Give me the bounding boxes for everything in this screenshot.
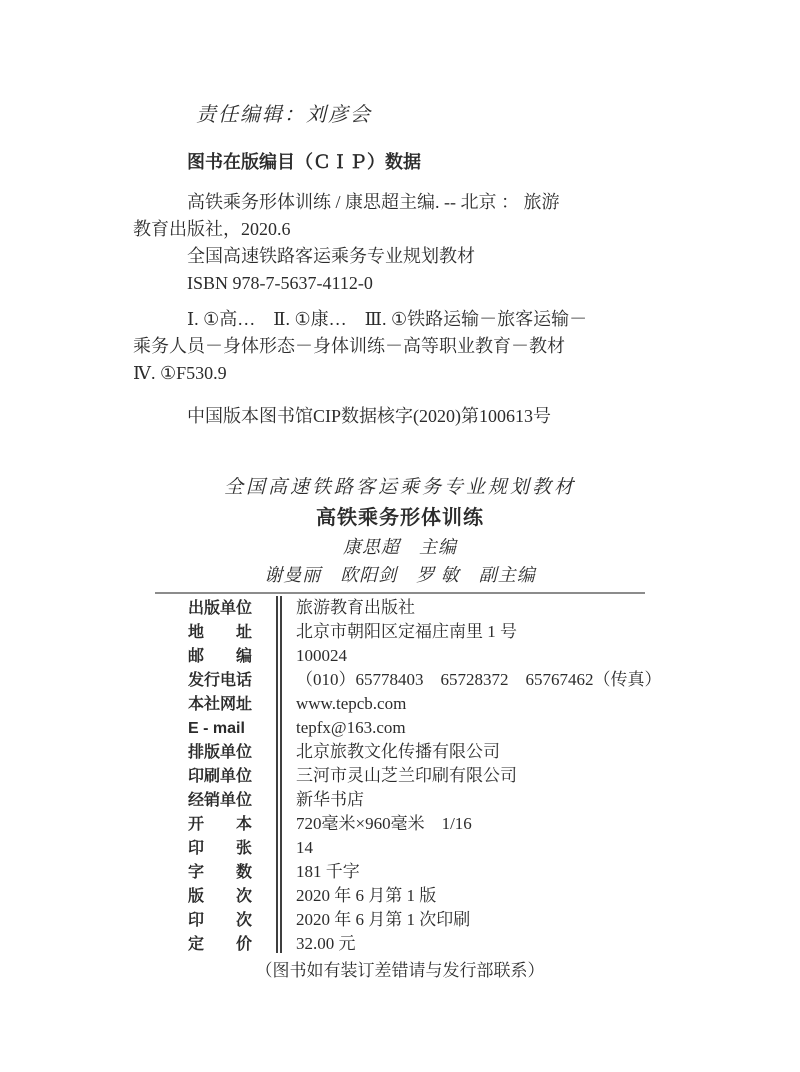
table-row: 经销单位 新华书店 xyxy=(155,788,645,812)
colophon-value: 720毫米×960毫米 1/16 xyxy=(296,812,472,836)
cip-data-block: 高铁乘务形体训练 / 康思超主编. -- 北京 ： 旅游 教育出版社，2020.… xyxy=(133,189,693,430)
binding-note: （图书如有装订差错请与发行部联系） xyxy=(155,960,645,982)
table-row: 字 数 181 千字 xyxy=(155,860,645,884)
colophon-table: 出版单位 旅游教育出版社 地 址 北京市朝阳区定福庄南里 1 号 邮 编 100… xyxy=(155,592,645,956)
colophon-label: 版 次 xyxy=(188,885,278,909)
colophon-label: 开 本 xyxy=(188,813,278,837)
colophon-value: www.tepcb.com xyxy=(296,692,406,716)
table-row: 地 址 北京市朝阳区定福庄南里 1 号 xyxy=(155,620,645,644)
table-row: 本社网址 www.tepcb.com xyxy=(155,692,645,716)
colophon-value: 北京旅教文化传播有限公司 xyxy=(296,740,500,764)
colophon-value: 新华书店 xyxy=(296,788,364,812)
colophon-label: 印 次 xyxy=(188,909,278,933)
colophon-value: 北京市朝阳区定福庄南里 1 号 xyxy=(296,620,517,644)
copyright-page: 责任编辑：刘彦会 图书在版编目（ＣＩＰ）数据 高铁乘务形体训练 / 康思超主编.… xyxy=(0,0,800,1072)
cip-classification-line: Ⅳ. ①F530.9 xyxy=(133,360,693,387)
colophon-label: 印 张 xyxy=(188,837,278,861)
chief-editor-line: 康思超 主编 xyxy=(0,536,800,558)
table-row: 发行电话 （010）65778403 65728372 65767462（传真） xyxy=(155,668,645,692)
colophon-label: 发行电话 xyxy=(188,669,278,693)
colophon-label: 定 价 xyxy=(188,933,278,957)
table-row: 版 次 2020 年 6 月第 1 版 xyxy=(155,884,645,908)
colophon-label: 印刷单位 xyxy=(188,765,278,789)
colophon-label: E - mail xyxy=(188,717,278,741)
colophon-label: 经销单位 xyxy=(188,789,278,813)
cip-line: 高铁乘务形体训练 / 康思超主编. -- 北京 ： 旅游 xyxy=(133,189,693,216)
colophon-value: （010）65778403 65728372 65767462（传真） xyxy=(296,668,662,692)
cip-classification-line: Ⅰ. ①高… Ⅱ. ①康… Ⅲ. ①铁路运输－旅客运输－ xyxy=(133,306,693,333)
book-title: 高铁乘务形体训练 xyxy=(0,506,800,530)
table-row: 印 次 2020 年 6 月第 1 次印刷 xyxy=(155,908,645,932)
colophon-label: 字 数 xyxy=(188,861,278,885)
colophon-value: 181 千字 xyxy=(296,860,360,884)
table-row: 定 价 32.00 元 xyxy=(155,932,645,956)
colophon-value: 14 xyxy=(296,836,313,860)
table-row: 印 张 14 xyxy=(155,836,645,860)
colophon-label: 邮 编 xyxy=(188,645,278,669)
cip-heading: 图书在版编目（ＣＩＰ）数据 xyxy=(187,151,800,173)
cip-registration-line: 中国版本图书馆CIP数据核字(2020)第100613号 xyxy=(133,403,693,430)
colophon-label: 本社网址 xyxy=(188,693,278,717)
responsible-editor-line: 责任编辑：刘彦会 xyxy=(196,103,800,127)
table-row: 出版单位 旅游教育出版社 xyxy=(155,596,645,620)
table-row: 印刷单位 三河市灵山芝兰印刷有限公司 xyxy=(155,764,645,788)
colophon-value: 三河市灵山芝兰印刷有限公司 xyxy=(296,764,517,788)
table-row: 排版单位 北京旅教文化传播有限公司 xyxy=(155,740,645,764)
colophon-label: 地 址 xyxy=(188,621,278,645)
colophon-value: 2020 年 6 月第 1 次印刷 xyxy=(296,908,470,932)
table-row: E - mail tepfx@163.com xyxy=(155,716,645,740)
colophon-value: 旅游教育出版社 xyxy=(296,596,415,620)
colophon-value: 2020 年 6 月第 1 版 xyxy=(296,884,436,908)
colophon-label: 排版单位 xyxy=(188,741,278,765)
cip-classification-line: 乘务人员－身体形态－身体训练－高等职业教育－教材 xyxy=(133,333,693,360)
cip-line: 全国高速铁路客运乘务专业规划教材 xyxy=(133,243,693,270)
series-name: 全国高速铁路客运乘务专业规划教材 xyxy=(0,477,800,499)
cip-line: 教育出版社，2020.6 xyxy=(133,216,693,243)
colophon-value: 100024 xyxy=(296,644,347,668)
colophon-label: 出版单位 xyxy=(188,597,278,621)
table-row: 邮 编 100024 xyxy=(155,644,645,668)
colophon-value: 32.00 元 xyxy=(296,932,356,956)
table-row: 开 本 720毫米×960毫米 1/16 xyxy=(155,812,645,836)
colophon-value: tepfx@163.com xyxy=(296,716,406,740)
double-rule-divider xyxy=(276,596,282,953)
associate-editors-line: 谢曼丽 欧阳剑 罗 敏 副主编 xyxy=(0,564,800,586)
title-block: 全国高速铁路客运乘务专业规划教材 高铁乘务形体训练 康思超 主编 谢曼丽 欧阳剑… xyxy=(0,477,800,586)
cip-isbn-line: ISBN 978-7-5637-4112-0 xyxy=(133,270,693,297)
